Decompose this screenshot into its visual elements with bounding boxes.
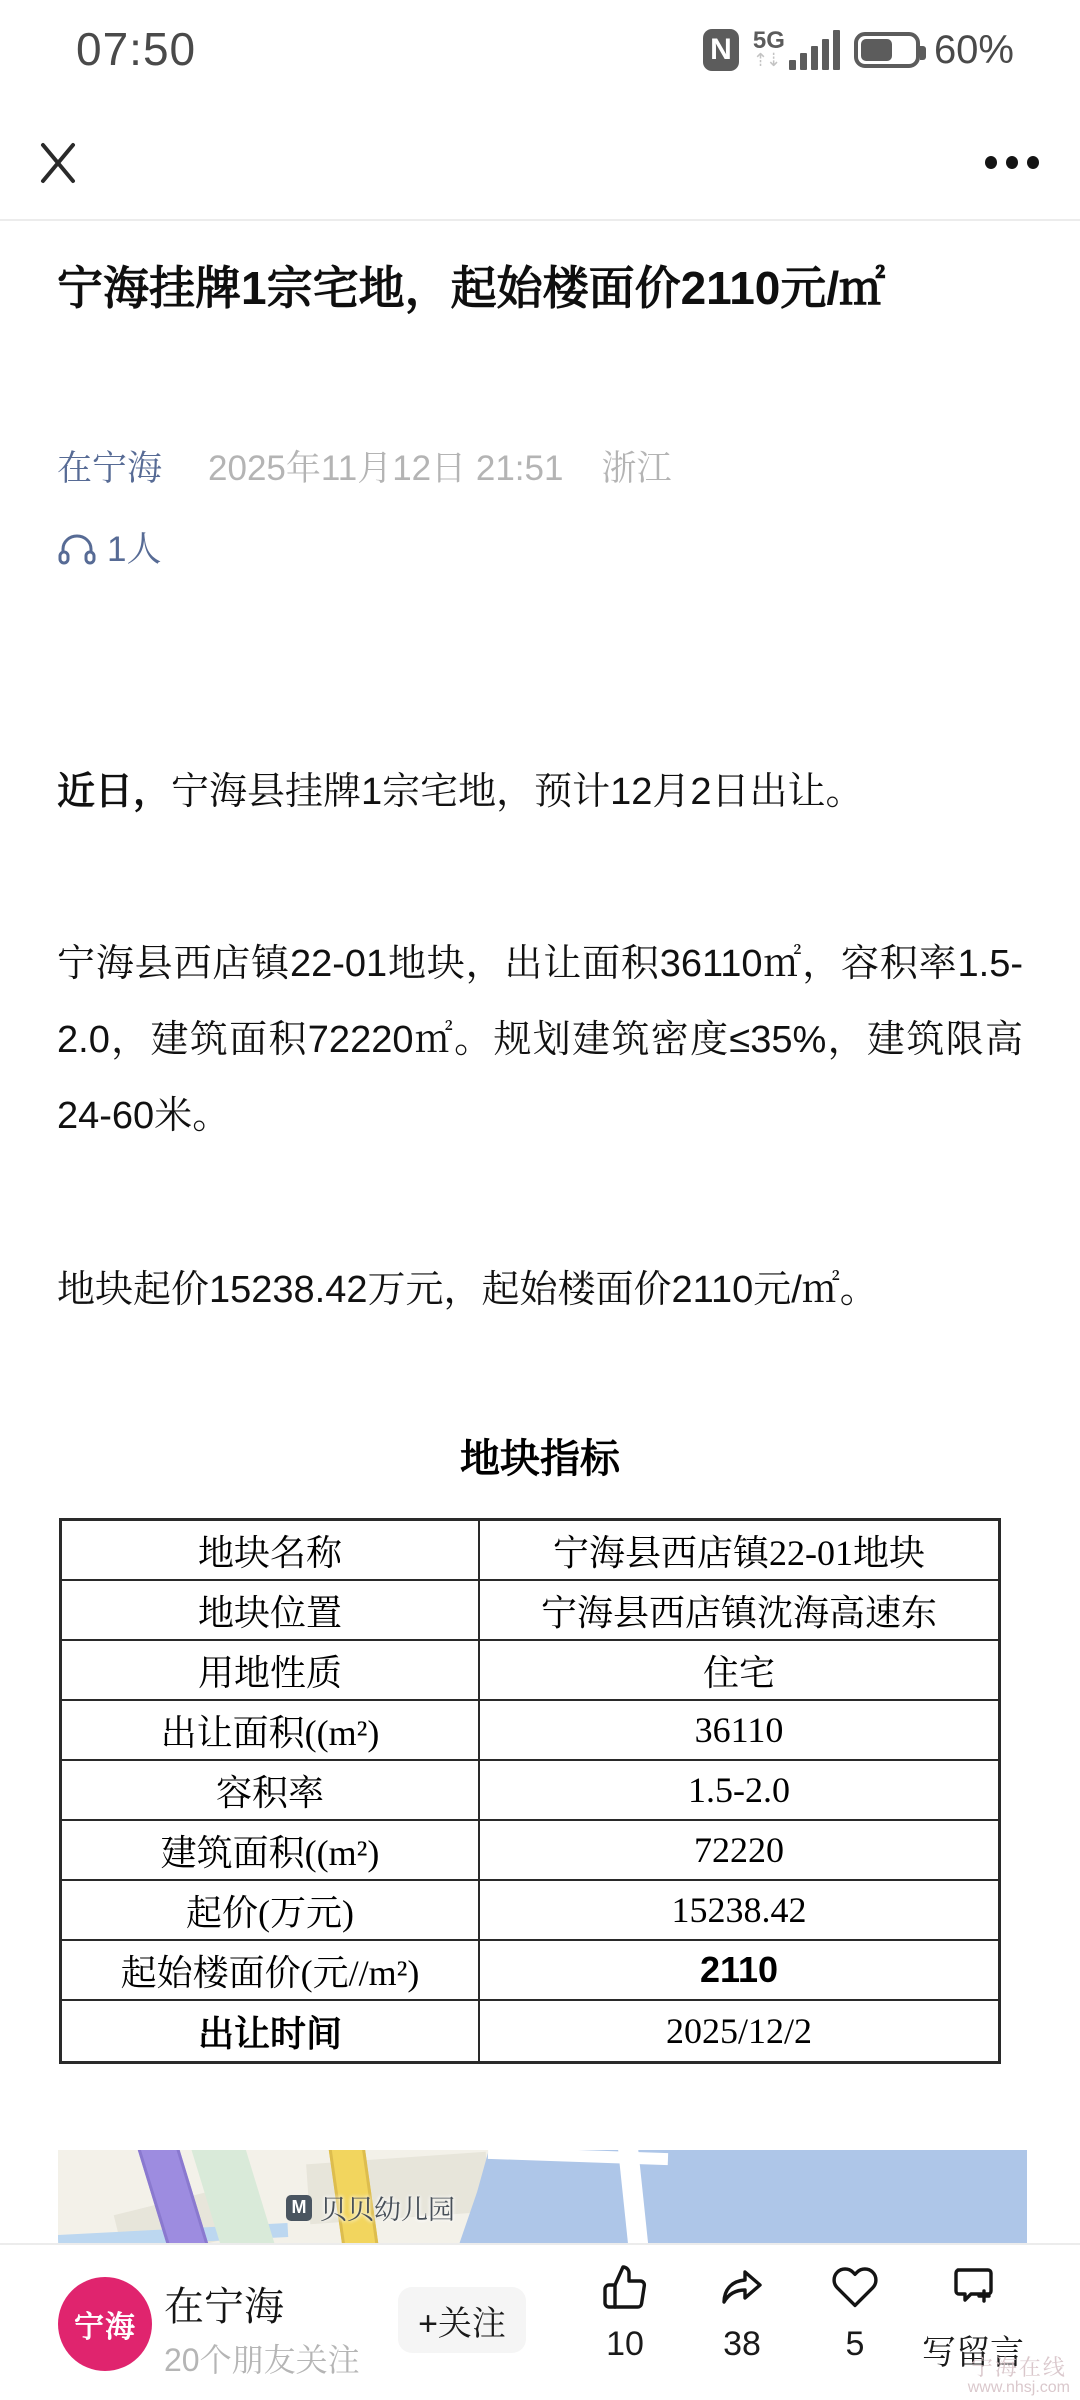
more-icon <box>985 156 997 169</box>
close-icon <box>35 139 81 185</box>
battery-percent-label: 60% <box>934 28 1014 73</box>
table-value-highlight: 2110 <box>480 1941 998 2001</box>
more-button[interactable] <box>976 140 1048 184</box>
table-value: 36110 <box>480 1701 998 1761</box>
kindergarten-poi-label: 贝贝幼儿园 <box>320 2188 455 2227</box>
site-watermark: 宁海在线 www.nhsj.com <box>968 2358 1070 2398</box>
publish-date: 2025年11月12日 21:51 <box>208 441 563 491</box>
table-label: 用地性质 <box>62 1641 480 1701</box>
data-arrows-icon: ⇡⇣ <box>753 52 785 68</box>
table-label: 地块名称 <box>62 1521 480 1581</box>
clock-time: 07:50 <box>76 22 196 76</box>
table-label: 建筑面积((m²) <box>62 1821 480 1881</box>
table-label-bold: 出让时间 <box>62 2001 480 2061</box>
battery-cap <box>920 46 926 60</box>
map-poi: M 贝贝幼儿园 <box>286 2188 455 2227</box>
paragraph-1-lead: 近日， <box>57 771 171 813</box>
paragraph-3: 地块起价15238.42万元，起始楼面价2110元/㎡。 <box>57 1252 1023 1328</box>
thumbs-up-icon <box>601 2263 649 2311</box>
paragraph-2: 宁海县西店镇22-01地块，出让面积36110㎡，容积率1.5-2.0，建筑面积… <box>57 926 1023 1154</box>
battery-icon <box>854 32 920 68</box>
table-value: 1.5-2.0 <box>480 1761 998 1821</box>
account-avatar[interactable]: 宁海 <box>58 2277 152 2371</box>
author-link[interactable]: 在宁海 <box>57 441 162 491</box>
location-map-image[interactable]: M 贝贝幼儿园 <box>58 2150 1027 2243</box>
comment-plus-icon <box>949 2263 997 2311</box>
network-indicator: 5G ⇡⇣ <box>753 30 840 70</box>
paragraph-1: 近日，宁海县挂牌1宗宅地，预计12月2日出让。 <box>57 754 1023 830</box>
share-arrow-icon <box>718 2263 766 2311</box>
signal-bars-icon <box>789 30 840 70</box>
table-value: 72220 <box>480 1821 998 1881</box>
paragraph-1-text: 宁海县挂牌1宗宅地，预计12月2日出让。 <box>171 771 864 813</box>
land-indicator-table: 地块名称 宁海县西店镇22-01地块 地块位置 宁海县西店镇沈海高速东 用地性质… <box>59 1518 1001 2064</box>
listen-row[interactable]: 1人 <box>57 522 161 572</box>
map-water <box>442 2150 1027 2243</box>
table-value: 宁海县西店镇沈海高速东 <box>480 1581 998 1641</box>
wechat-article-screen: 07:50 N 5G ⇡⇣ 60% <box>0 0 1080 2400</box>
account-followers: 20个朋友关注 <box>164 2335 360 2381</box>
table-label: 地块位置 <box>62 1581 480 1641</box>
account-name[interactable]: 在宁海 <box>164 2275 284 2332</box>
share-count: 38 <box>723 2325 761 2364</box>
battery-fill <box>861 39 892 61</box>
status-icons: N 5G ⇡⇣ 60% <box>703 26 1014 74</box>
kindergarten-poi-icon: M <box>286 2195 312 2221</box>
like-count: 10 <box>606 2325 644 2364</box>
close-button[interactable] <box>28 132 88 192</box>
nfc-icon: N <box>703 29 739 71</box>
article-title: 宁海挂牌1宗宅地，起始楼面价2110元/㎡ <box>57 250 1023 326</box>
watermark-url: www.nhsj.com <box>968 2378 1070 2398</box>
article-meta: 在宁海 2025年11月12日 21:51 浙江 <box>57 441 1023 491</box>
heart-count: 5 <box>846 2325 865 2364</box>
table-label: 起始楼面价(元//m²) <box>62 1941 480 2001</box>
headphones-icon <box>57 528 97 566</box>
nav-bar <box>0 120 1080 221</box>
publish-location: 浙江 <box>601 441 671 491</box>
table-label: 起价(万元) <box>62 1881 480 1941</box>
status-bar: 07:50 N 5G ⇡⇣ 60% <box>0 0 1080 120</box>
table-title: 地块指标 <box>57 1427 1023 1484</box>
watermark-title: 宁海在线 <box>968 2358 1070 2378</box>
footer-bar: 宁海 在宁海 20个朋友关注 +关注 10 38 5 <box>0 2243 1080 2400</box>
follow-button[interactable]: +关注 <box>398 2287 526 2353</box>
table-label: 容积率 <box>62 1761 480 1821</box>
table-value: 15238.42 <box>480 1881 998 1941</box>
heart-icon <box>831 2263 879 2311</box>
table-label: 出让面积((m²) <box>62 1701 480 1761</box>
table-value: 2025/12/2 <box>480 2001 998 2061</box>
table-value: 宁海县西店镇22-01地块 <box>480 1521 998 1581</box>
network-type-label: 5G <box>753 30 785 52</box>
listen-count: 1人 <box>107 522 161 572</box>
table-value: 住宅 <box>480 1641 998 1701</box>
